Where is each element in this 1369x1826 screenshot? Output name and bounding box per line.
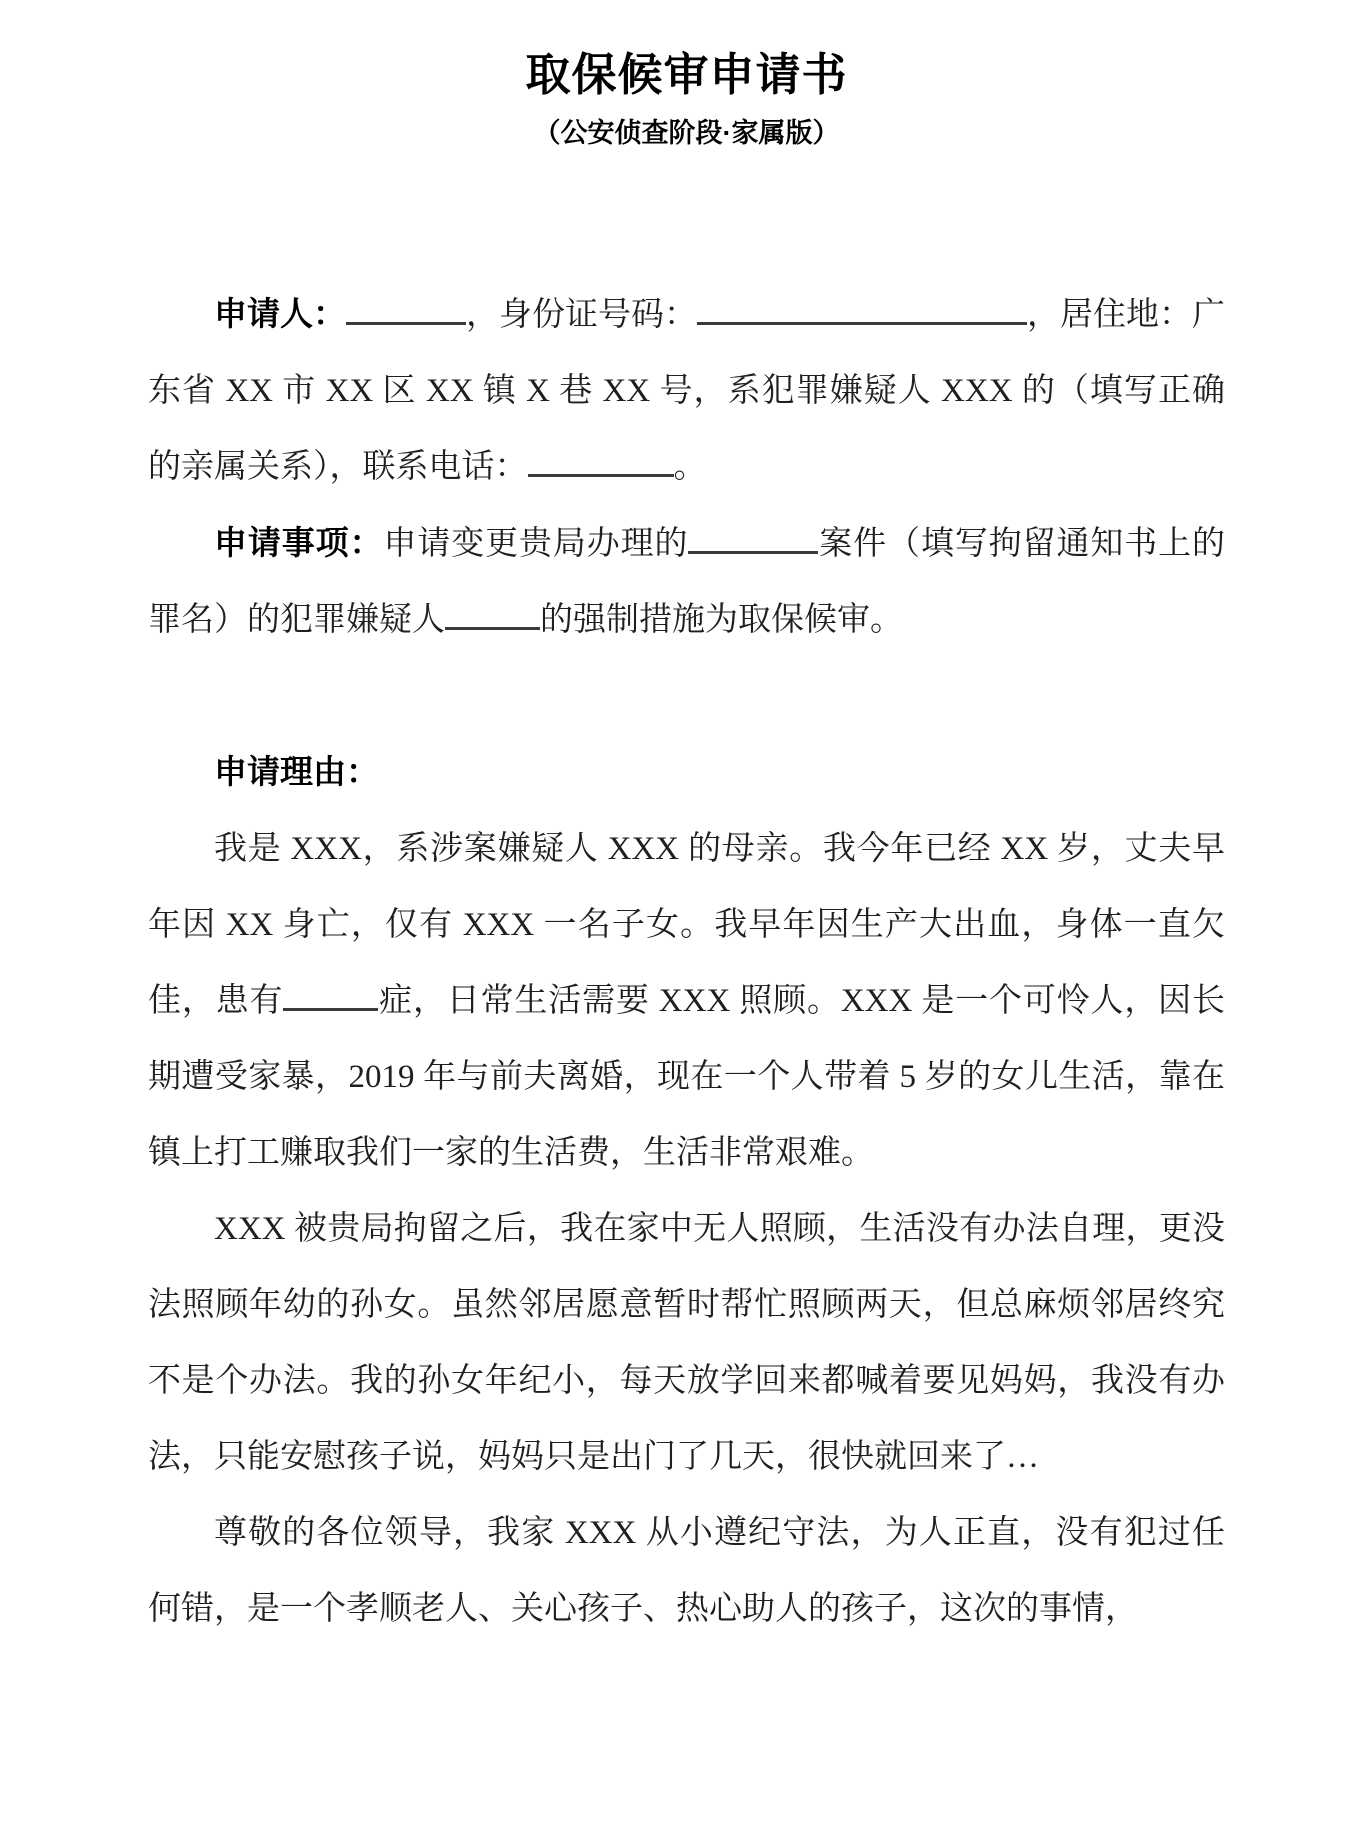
document-page: 取保候审申请书 （公安侦查阶段·家属版） 申请人：，身份证号码：，居住地：广东省… [0,0,1369,1826]
reason-paragraph-2: XXX 被贵局拘留之后，我在家中无人照顾，生活没有办法自理，更没法照顾年幼的孙女… [148,1191,1225,1495]
reason-heading-paragraph: 申请理由： [148,734,1225,811]
applicant-paragraph: 申请人：，身份证号码：，居住地：广东省 XX 市 XX 区 XX 镇 X 巷 X… [148,276,1225,505]
reason-label: 申请理由： [214,753,379,790]
document-body: 申请人：，身份证号码：，居住地：广东省 XX 市 XX 区 XX 镇 X 巷 X… [148,276,1225,1647]
case-name-blank [688,520,818,554]
applicant-name-blank [346,291,466,325]
document-subtitle: （公安侦查阶段·家属版） [148,116,1225,150]
id-number-blank [697,291,1027,325]
applicant-label: 申请人： [214,295,346,332]
request-text-1: 申请变更贵局办理的 [383,526,688,562]
applicant-text-3: 。 [674,449,707,485]
reason-p1-text-2: 症，日常生活需要 XXX 照顾。XXX 是一个可怜人，因长期遭受家暴，2019 … [148,983,1225,1171]
suspect-name-blank [445,596,540,630]
reason-paragraph-1: 我是 XXX，系涉案嫌疑人 XXX 的母亲。我今年已经 XX 岁，丈夫早年因 X… [148,811,1225,1191]
document-title: 取保候审申请书 [148,46,1225,104]
request-label: 申请事项： [214,524,383,561]
request-paragraph: 申请事项：申请变更贵局办理的案件（填写拘留通知书上的罪名）的犯罪嫌疑人的强制措施… [148,505,1225,658]
applicant-text-1: ，身份证号码： [466,297,697,333]
illness-name-blank [283,977,378,1011]
phone-number-blank [528,443,674,477]
request-text-3: 的强制措施为取保候审。 [540,602,903,638]
reason-paragraph-3: 尊敬的各位领导，我家 XXX 从小遵纪守法，为人正直，没有犯过任何错，是一个孝顺… [148,1495,1225,1647]
